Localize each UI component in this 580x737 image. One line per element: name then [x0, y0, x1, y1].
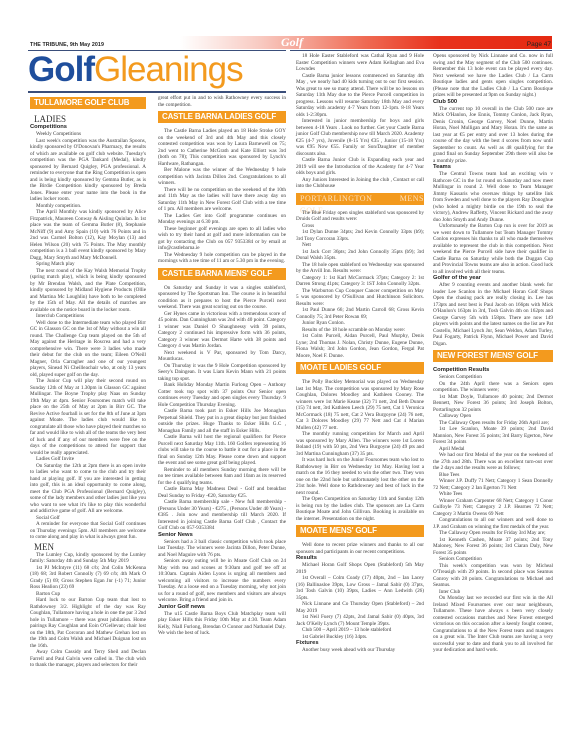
- paragraph: Castle Barna will host the regional qual…: [158, 434, 286, 467]
- paragraph: great effort put in and to wish Rathowne…: [158, 95, 286, 108]
- paragraph: Hard luck to our Barton Cup team that lo…: [30, 597, 146, 649]
- paragraph: The Callaway Open results for Friday 3rd…: [433, 530, 553, 537]
- paragraph: Seniors away outing will be in Moate Gol…: [158, 558, 286, 604]
- paragraph: The monthly running competition for Marc…: [296, 431, 424, 457]
- publication-date: THE TRIBUNE, 9th May 2019: [30, 42, 104, 48]
- masthead-golf: Golf: [28, 50, 94, 89]
- men-heading: MEN: [34, 542, 146, 552]
- column-2: great effort put in and to wish Rathowne…: [158, 95, 286, 637]
- paragraph: 1st PJ McIntyre (11) 68 c/b; 2nd Colin M…: [30, 565, 146, 591]
- paragraph: Castle Barna junior lessons commenced on…: [296, 73, 424, 119]
- section-heading-portarlington: PORTARLINGTON MENS GOLF: [296, 193, 424, 205]
- paragraph: The Central Towns team had an exciting w…: [433, 171, 553, 223]
- paragraph: 1st Overall – Colm Coady (17) 40pts, 2nd…: [296, 575, 424, 601]
- paragraph: These beginner golf evenings are open to…: [158, 226, 286, 252]
- ladies-heading: LADIES: [34, 114, 146, 124]
- paragraph: 1st Dylan Dunne 34pts; 2nd Kevin Connoll…: [296, 229, 424, 242]
- masthead-gleanings: Gleanings: [94, 50, 243, 89]
- competition-results-heading: Competition Results: [433, 367, 553, 374]
- paragraph: 1st Matt Doyle, Tullamore 40 points; 2nd…: [433, 394, 553, 414]
- paragraph: We had our first Medal of the year on th…: [433, 452, 553, 472]
- paragraph: Castle Barna took part in Esker Hills Jo…: [158, 408, 286, 434]
- paragraph: Another busy week ahead with our Thursda…: [296, 647, 424, 654]
- paragraph: 1st Neil Fuery (7) 42pts, 2nd Jamal Sabi…: [296, 614, 424, 627]
- paragraph: 1st Lee Scanlon, Moate 39 points; 2nd Da…: [433, 426, 553, 446]
- paragraph: The next round of the Kay Walsh Memorial…: [30, 268, 146, 314]
- paragraph: Castle Barna membership sale - New full …: [158, 499, 286, 532]
- paragraph: Next weekend is V Par, sponsored by Tom …: [158, 350, 286, 363]
- paragraph: Congratulations to all our winners and w…: [433, 517, 553, 530]
- paragraph: The u15 Castle Barna Boys Club Matchplay…: [158, 611, 286, 637]
- masthead-title: GolfGleanings: [28, 52, 243, 88]
- paragraph: Well done to the Intermediate team who p…: [30, 320, 146, 379]
- paragraph: Last week's competition was the Austrail…: [30, 138, 146, 203]
- paragraph: The April Monthly was kindly sponsored b…: [30, 209, 146, 261]
- paragraph: Castle Barna Junior Club is Expanding ea…: [296, 157, 424, 177]
- paragraph: Unfortunately the Barton Cup run is over…: [433, 223, 553, 275]
- paragraph: The Open Competition on Saturday 11th an…: [296, 496, 424, 522]
- paragraph: Opens sponsored by Nick Linnane and Co. …: [433, 53, 553, 99]
- paragraph: 18 Hole Easter Stableford was Cathal Rya…: [296, 53, 424, 73]
- paragraph: The Blue Friday open singles stableford …: [296, 210, 424, 223]
- section-heading-moate-ladies: MOATE LADIES GOLF: [296, 362, 424, 374]
- paragraph: 1st Paul Dunne 66; 2nd Martin Carroll 68…: [296, 307, 424, 320]
- section-heading-castle-barna-mens: CASTLE BARNA MENS' GOLF: [158, 268, 286, 280]
- paragraph: There will be no competition on the week…: [158, 187, 286, 213]
- club-500-heading: Club 500: [433, 99, 553, 106]
- paragraph: 1st Jack Corr 36pts; 2nd John Connolly 3…: [296, 249, 424, 262]
- paragraph: Reminder to all members Sunday morning t…: [158, 467, 286, 487]
- paragraph: A reminder for everyone that Social Golf…: [30, 521, 146, 541]
- paragraph: Well done to recent prize winners and th…: [296, 542, 424, 555]
- paragraph: The Ladies Get into Golf programme conti…: [158, 213, 286, 226]
- paragraph: After 9 counting events and another blan…: [433, 282, 553, 347]
- column-3: 18 Hole Easter Stableford was Cathal Rya…: [296, 53, 424, 654]
- teams-heading: Teams: [433, 164, 553, 171]
- paragraph: Michael Horan Golf Shops Open (Stablefor…: [296, 562, 424, 575]
- paragraph: The Polly Buckley Memorial was played on…: [296, 379, 424, 431]
- fixtures-heading: Fixtures: [296, 640, 424, 647]
- paragraph: On Saturday the 12th at 2pm there is an …: [30, 463, 146, 515]
- paragraph: Away Colm Cassidy and Terry Sheil and De…: [30, 649, 146, 669]
- results-heading: Results: [296, 555, 424, 562]
- section-heading-new-forest: NEW FOREST MENS' GOLF: [433, 350, 553, 362]
- paragraph: The Castle Barna Ladies played an 18 Hol…: [158, 128, 286, 167]
- paragraph: Winner J.P. Duffy 71 Nett; Category 1 Se…: [433, 478, 553, 491]
- golfer-of-year-heading: Golfer of the year: [433, 275, 553, 282]
- paragraph: Ger Hynes came in victorious with a trem…: [158, 311, 286, 350]
- junior-news-heading: Junior Golf news: [158, 604, 286, 611]
- paragraph: Seniors had a 3 ball classic competition…: [158, 539, 286, 559]
- section-banner: Golf: [180, 36, 552, 49]
- page-number: Page 47: [527, 41, 551, 48]
- paragraph: The Warburton Cup Conquer Cancer competi…: [296, 288, 424, 308]
- newspaper-page: THE TRIBUNE, 9th May 2019 Golf Page 47 G…: [0, 0, 580, 737]
- competitions-heading: Competitions: [30, 124, 146, 131]
- paragraph: The Lumley Cup, kindly sponsored by the …: [30, 552, 146, 565]
- paragraph: The 18 hole open stableford on Wednesday…: [296, 262, 424, 275]
- paragraph: It was hard luck on the Junior Foursomes…: [296, 457, 424, 496]
- paragraph: Nick Linnane and Co Thursday Open (Stabl…: [296, 601, 424, 614]
- paragraph: This week's competition was won by Miche…: [433, 563, 553, 589]
- paragraph: The current top 10 overall in the Club 5…: [433, 106, 553, 165]
- paragraph: The Junior Cup will play their second ro…: [30, 378, 146, 456]
- masthead-rule: [28, 91, 286, 93]
- paragraph: Interested in junior membership for boys…: [296, 118, 424, 157]
- paragraph: On Thursday it was the 9 Hole Competitio…: [158, 363, 286, 383]
- paragraph: Any Juniors Interested in Joining the cl…: [296, 177, 424, 190]
- section-heading-castle-barna-ladies: CASTLE BARNA LADIES GOLF: [158, 111, 286, 123]
- paragraph: Ber Malone was the winner of the Wednesd…: [158, 167, 286, 187]
- paragraph: 1st Kenneth Cashen, Moate 37 points; 2nd…: [433, 537, 553, 557]
- section-heading-tullamore: TULLAMORE GOLF CLUB: [30, 97, 146, 109]
- paragraph: On Monday last we recorded our first win…: [433, 595, 553, 654]
- paragraph: On Saturday and Sunday it was a singles …: [158, 285, 286, 311]
- column-4: Opens sponsored by Nick Linnane and Co. …: [433, 53, 553, 654]
- paragraph: Winner Graham Carpenter 68 Nett; Categor…: [433, 498, 553, 518]
- section-label: Golf: [281, 35, 303, 50]
- paragraph: On the 24th April there was a Seniors op…: [433, 381, 553, 394]
- senior-news-heading: Senior News: [158, 532, 286, 539]
- column-1: TULLAMORE GOLF CLUB LADIES Competitions …: [30, 97, 146, 669]
- header-rule-right: [290, 50, 552, 51]
- paragraph: The Wednesday 9 hole competition can be …: [158, 252, 286, 265]
- paragraph: Category 1: 1st Karl McCormack 37pts; Ca…: [296, 275, 424, 288]
- section-heading-moate-mens: MOATE MENS' GOLF: [296, 525, 424, 537]
- paragraph: Bank Holiday Monday Martin Furlong Open …: [158, 382, 286, 408]
- paragraph: Castle Barna May Madness Deal - Golf and…: [158, 486, 286, 499]
- paragraph: 1st Colm Purcell, Aidan Purcell, Paul Mu…: [296, 333, 424, 359]
